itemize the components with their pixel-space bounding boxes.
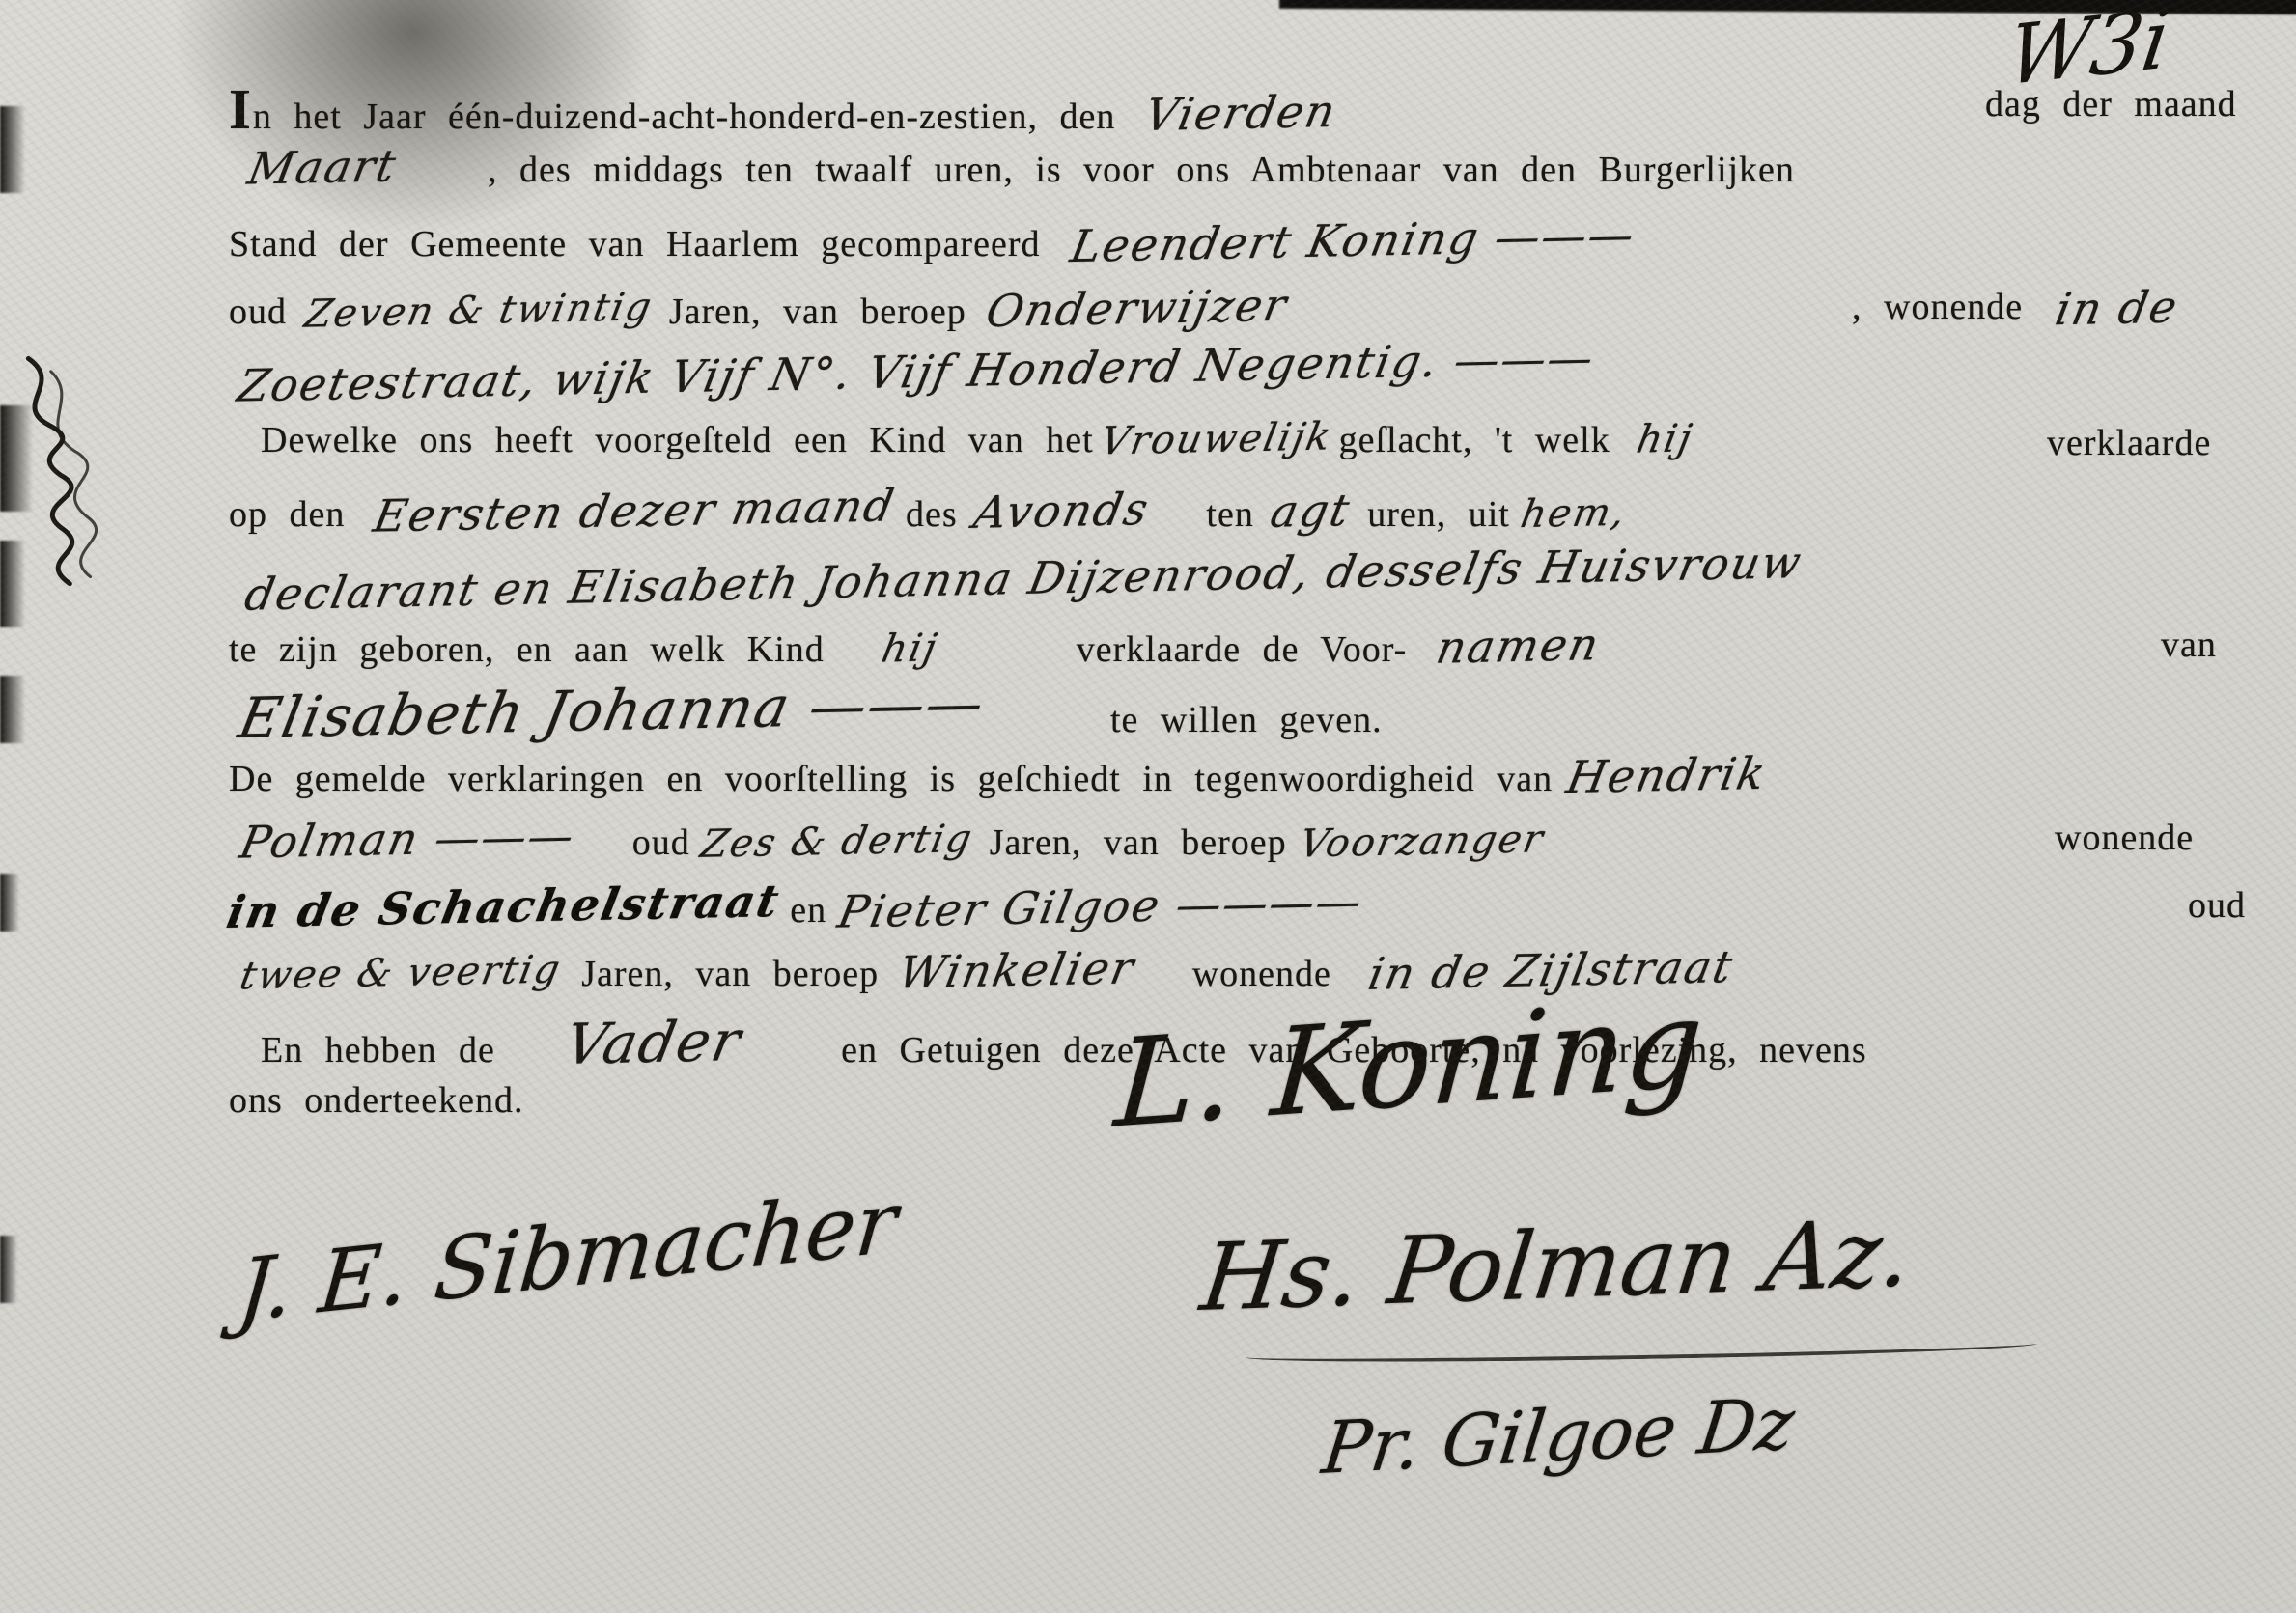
entry-father-name: Leendert Koning ———	[1067, 209, 1640, 272]
entry-father-residence-prefix: in de	[2052, 281, 2184, 336]
entry-birth-day: Eersten dezer maand	[370, 479, 900, 542]
entry-mother-name: declarant en Elisabeth Johanna Dijzenroo…	[240, 536, 1806, 621]
text-line: declarant en Elisabeth Johanna Dijzenroo…	[0, 552, 2296, 604]
form-text: wonende	[2055, 817, 2194, 859]
form-text: Jaren, van beroep	[990, 821, 1287, 864]
form-text: te zijn geboren, en aan welk Kind	[229, 628, 825, 671]
form-text: Jaren, van beroep	[581, 953, 879, 995]
entry-street-address: Zoetestraat, wijk Vijf N°. Vijf Honderd …	[234, 331, 1600, 411]
form-text: verklaarde	[2047, 422, 2211, 464]
form-text: dag der maand	[1985, 83, 2237, 125]
text-line: Zoetestraat, wijk Vijf N°. Vijf Honderd …	[0, 346, 2296, 398]
form-text: Stand der Gemeente van Haarlem gecompare…	[229, 223, 1040, 265]
entry-birth-hour: agt	[1266, 484, 1355, 538]
form-text: van	[2161, 624, 2217, 666]
scan-edge-mark	[0, 1236, 17, 1303]
signature-witness1: Hs. Polman Az.	[1195, 1199, 1918, 1332]
entry-witness1-surname: Polman ———	[236, 809, 580, 868]
scanned-birth-record: W3i In het Jaar één-duizend-acht-honderd…	[0, 0, 2296, 1613]
entry-witness1-age: Zes & dertig	[697, 817, 977, 867]
entry-names-word: namen	[1433, 618, 1606, 673]
form-text: des	[906, 493, 958, 536]
text-line: Elisabeth Johanna ——— te willen geven.	[0, 678, 2296, 743]
text-line: Maart , des middags ten twaalf uren, is …	[0, 141, 2296, 193]
entry-pronoun: hij	[1633, 416, 1696, 461]
form-text: Dewelke ons heeft voorgeſteld een Kind v…	[261, 419, 1094, 461]
form-text: , wonende	[1852, 286, 2023, 328]
text-line: twee & veertig Jaren, van beroep Winkeli…	[0, 944, 2296, 996]
form-text: En hebben de	[261, 1029, 495, 1071]
text-line: Dewelke ons heeft voorgeſteld een Kind v…	[0, 417, 2296, 461]
text-line: Stand der Gemeente van Haarlem gecompare…	[0, 214, 2296, 266]
form-text: In het Jaar één-duizend-acht-honderd-en-…	[229, 77, 1115, 143]
signature-father: L. Koning	[1111, 973, 1707, 1155]
form-text: wonende	[1192, 953, 1331, 995]
entry-witness1-address: in de Schachelstraat	[223, 875, 785, 938]
text-line: De gemelde verklaringen en voorſtelling …	[0, 749, 2296, 801]
form-text: oud	[2188, 884, 2246, 927]
text-line: op den Eersten dezer maand des Avonds te…	[0, 485, 2296, 537]
signature-official: J. E. Sibmacher	[234, 1171, 901, 1341]
entry-witness2-name: Pieter Gilgoe ————	[834, 875, 1368, 937]
entry-witness2-age: twee & veertig	[237, 948, 565, 999]
entry-witness2-occupation: Winkelier	[894, 941, 1139, 998]
entry-month: Maart	[244, 139, 402, 194]
form-text: oud	[229, 291, 287, 333]
entry-father-occupation: Onderwijzer	[982, 279, 1292, 337]
entry-day: Vierden	[1141, 85, 1342, 141]
signature-flourish-line	[1246, 1335, 2037, 1366]
entry-signer-role: Vader	[560, 1008, 747, 1077]
entry-father-age: Zeven & twintig	[301, 285, 657, 336]
form-text: en	[790, 889, 826, 932]
entry-birth-daypart: Avonds	[969, 483, 1154, 539]
text-line: In het Jaar één-duizend-acht-honderd-en-…	[0, 77, 2296, 143]
entry-witness1-firstname: Hendrik	[1563, 747, 1772, 803]
signature-witness2: Pr. Gilgoe Dz	[1318, 1382, 1799, 1490]
form-text: De gemelde verklaringen en voorſtelling …	[229, 758, 1553, 800]
text-line: oud Zeven & twintig Jaren, van beroep On…	[0, 282, 2296, 334]
form-text: oud	[632, 821, 690, 864]
text-line: Polman ——— oud Zes & dertig Jaren, van b…	[0, 813, 2296, 865]
form-text: te willen geven.	[1110, 699, 1383, 741]
entry-child-gender: Vrouwelijk	[1097, 415, 1336, 464]
text-line: in de Schachelstraat en Pieter Gilgoe ——…	[0, 880, 2296, 932]
form-text: , des middags ten twaalf uren, is voor o…	[488, 149, 1795, 191]
entry-pronoun: hij	[878, 626, 941, 671]
entry-pronoun: hem,	[1517, 490, 1630, 537]
entry-child-names: Elisabeth Johanna ———	[234, 670, 991, 751]
form-text: verklaarde de Voor-	[1077, 628, 1408, 671]
text-line: te zijn geboren, en aan welk Kind hij ve…	[0, 620, 2296, 672]
form-text: op den	[229, 493, 345, 536]
form-text: ons onderteekend.	[229, 1079, 523, 1122]
entry-witness1-occupation: Voorzanger	[1296, 817, 1548, 866]
form-text: Jaren, van beroep	[669, 291, 966, 333]
form-text: ten	[1206, 493, 1253, 536]
form-text: geſlacht, 't welk	[1339, 419, 1610, 461]
form-text: uren, uit	[1367, 493, 1510, 536]
